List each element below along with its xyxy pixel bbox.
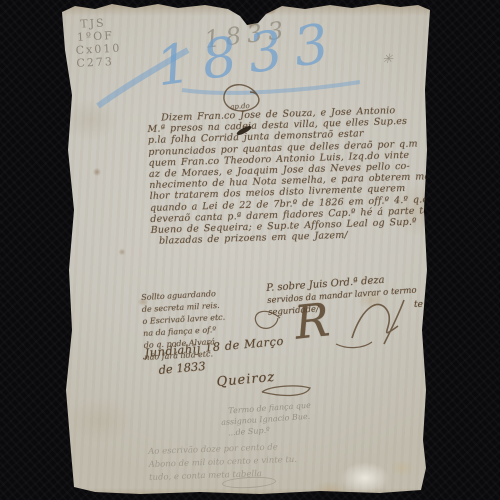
archival-codes: TJS 1ºOF Cx010 C273: [74, 16, 122, 70]
year-blue: 1833: [152, 10, 344, 98]
signature: Queiroz: [216, 370, 276, 390]
archival-code-line: C273: [76, 55, 122, 70]
document-photo: TJS 1ºOF Cx010 C273 1833 1833 ✳ ap.do Di…: [0, 0, 500, 500]
rubric-letter: R: [292, 292, 332, 349]
signature-flourish: [262, 386, 310, 396]
body-text-block: Dizem Fran.co Jose de Souza, e Jose Anto…: [147, 104, 450, 248]
footer-pencil-block: Ao escrivão doze por cento de Abono de m…: [148, 441, 298, 485]
dateline-year: de 1833: [158, 359, 206, 377]
star-mark-icon: ✳: [382, 52, 393, 67]
rubric-superscript: te: [414, 300, 423, 310]
despatch-block: P. sobre Juis Ord.ª deza servidos da man…: [266, 273, 418, 319]
pencil-note-block: Termo de fiança que assignou Ignacio Bue…: [220, 400, 313, 439]
archival-code-line: Cx010: [75, 42, 121, 57]
rubric-underline: [336, 342, 372, 348]
manuscript-paper: TJS 1ºOF Cx010 C273 1833 1833 ✳ ap.do Di…: [0, 0, 500, 500]
